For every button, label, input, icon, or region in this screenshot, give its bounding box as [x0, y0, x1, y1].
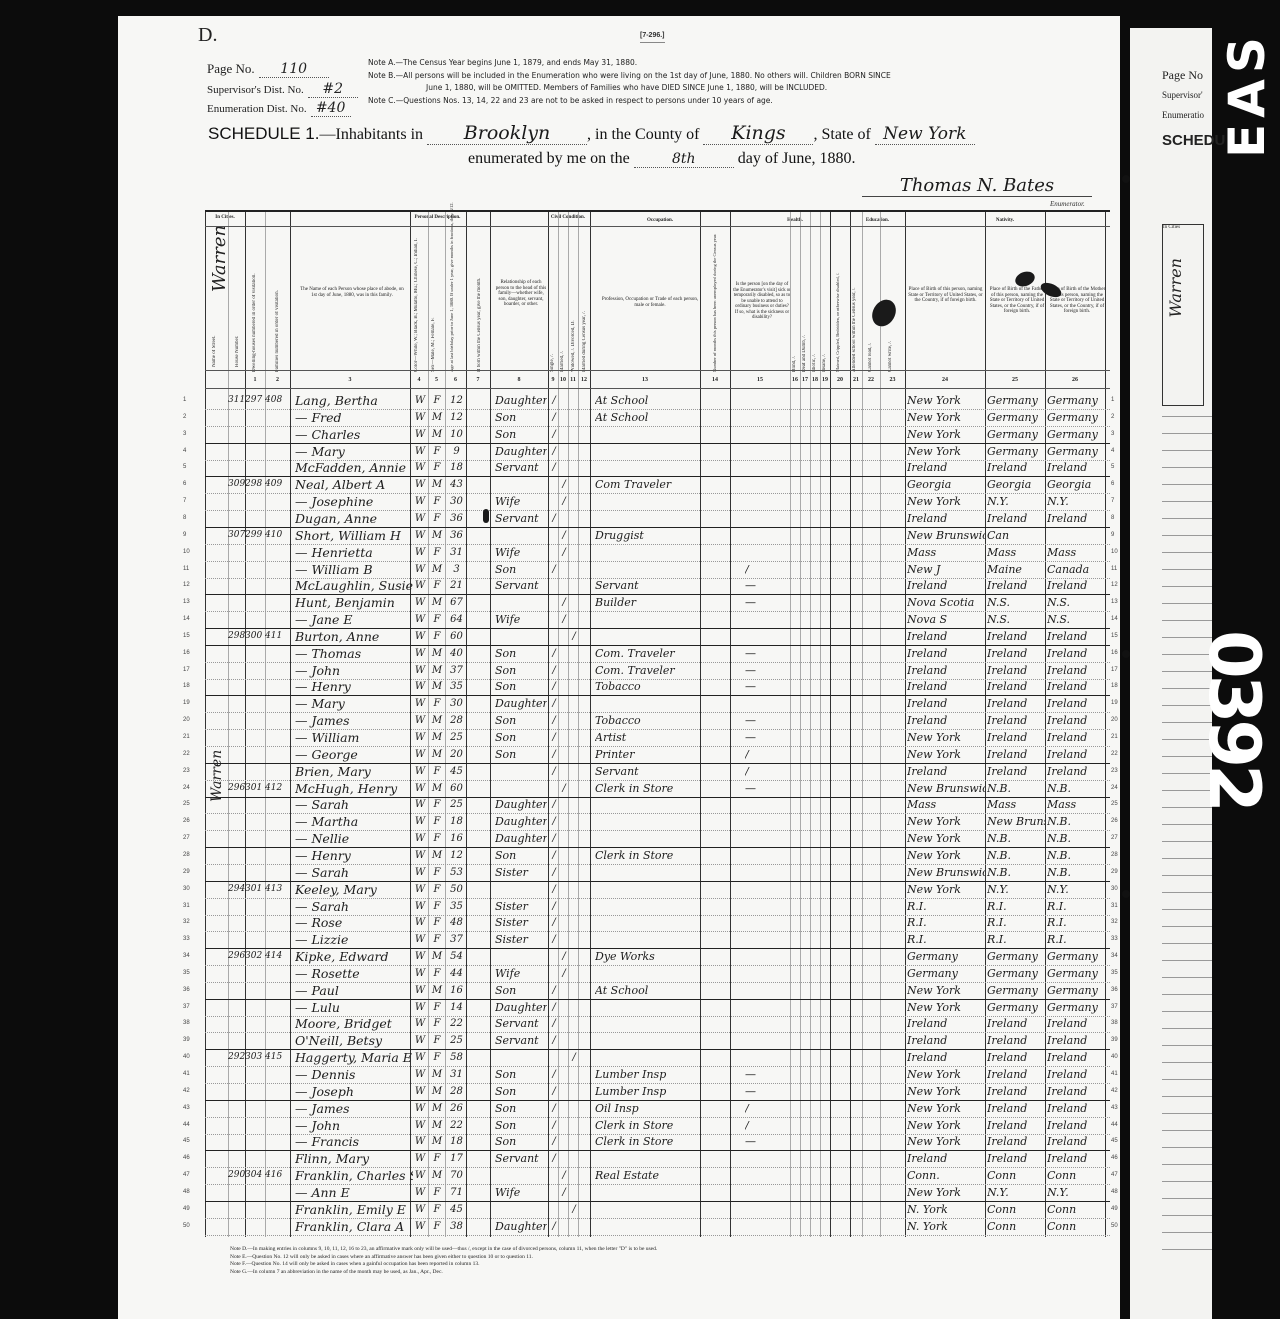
sex-cell: M	[429, 1083, 445, 1100]
row-number: 23	[1111, 768, 1118, 774]
single-cell	[550, 1049, 558, 1066]
married-cell: /	[560, 476, 568, 493]
age-cell: 21	[447, 577, 466, 594]
name-cell: — Fred	[295, 409, 413, 426]
family-number-cell	[265, 1184, 290, 1201]
mother-birthplace-cell: N.S.	[1047, 594, 1105, 611]
family-number-cell	[265, 847, 290, 864]
dwelling-number-cell	[245, 409, 265, 426]
dwelling-number-cell: 299	[245, 527, 265, 544]
color-cell: W	[412, 443, 428, 460]
married-cell	[560, 459, 568, 476]
occupation-cell: Com. Traveler	[595, 645, 699, 662]
widowed-cell	[570, 881, 578, 898]
sex-cell: F	[429, 1015, 445, 1032]
row-number: 47	[1111, 1172, 1118, 1178]
married-cell	[560, 830, 568, 847]
sex-cell: M	[429, 678, 445, 695]
color-cell: W	[412, 561, 428, 578]
relationship-cell: Son	[495, 1133, 547, 1150]
sex-cell: F	[429, 881, 445, 898]
relationship-cell: Son	[495, 409, 547, 426]
widowed-cell	[570, 1167, 578, 1184]
name-cell: Franklin, Clara A	[295, 1218, 413, 1235]
city-value: Brooklyn	[427, 122, 587, 145]
single-cell: /	[550, 1218, 558, 1235]
health-cell	[745, 695, 789, 712]
sex-cell: M	[429, 594, 445, 611]
name-cell: Keeley, Mary	[295, 881, 413, 898]
occupation-cell	[595, 898, 699, 915]
row-number: 30	[1111, 886, 1118, 892]
sex-cell: F	[429, 577, 445, 594]
single-cell: /	[550, 678, 558, 695]
age-cell: 9	[447, 443, 466, 460]
mother-birthplace-cell: Germany	[1047, 999, 1105, 1016]
father-birthplace-cell: Ireland	[987, 1150, 1045, 1167]
row-number: 3	[1111, 431, 1114, 437]
father-birthplace-cell: N.S.	[987, 594, 1045, 611]
table-row: 77— JosephineWF30Wife/New YorkN.Y.N.Y.	[205, 493, 1110, 511]
relationship-cell: Son	[495, 678, 547, 695]
widowed-cell	[570, 662, 578, 679]
column-number: 26	[1045, 377, 1105, 383]
health-cell	[745, 881, 789, 898]
married-cell	[560, 763, 568, 780]
sex-cell: F	[429, 443, 445, 460]
house-number-cell	[228, 746, 245, 763]
single-cell: /	[550, 1083, 558, 1100]
table-row: 5050Franklin, Clara AWF38Daughter/N. Yor…	[205, 1218, 1110, 1236]
name-cell: — Mary	[295, 443, 413, 460]
sex-cell: M	[429, 729, 445, 746]
mother-birthplace-cell: Ireland	[1047, 1049, 1105, 1066]
occupation-cell: Clerk in Store	[595, 780, 699, 797]
age-cell: 18	[447, 1133, 466, 1150]
color-cell: W	[412, 1150, 428, 1167]
enumerated-suffix: day of June, 1880.	[738, 150, 856, 167]
relationship-cell	[495, 594, 547, 611]
age-cell: 18	[447, 813, 466, 830]
widowed-cell	[570, 746, 578, 763]
father-birthplace-cell: Georgia	[987, 476, 1045, 493]
mother-birthplace-cell: Ireland	[1047, 510, 1105, 527]
family-number-cell	[265, 1150, 290, 1167]
mother-birthplace-cell: N.B.	[1047, 847, 1105, 864]
column-number: 15	[730, 377, 790, 383]
birthplace-cell: Ireland	[907, 712, 985, 729]
row-number: 14	[1111, 616, 1118, 622]
mother-birthplace-cell: Canada	[1047, 561, 1105, 578]
relationship-cell	[495, 1167, 547, 1184]
sex-cell: F	[429, 695, 445, 712]
married-cell: /	[560, 594, 568, 611]
occupation-cell	[595, 999, 699, 1016]
table-row: 4747290304416Franklin, Charles SWM70/Rea…	[205, 1167, 1110, 1185]
header-birth-month: If born within the Census year, give the…	[477, 232, 482, 372]
house-number-cell	[228, 931, 245, 948]
occupation-cell: Servant	[595, 763, 699, 780]
dwelling-number-cell	[245, 1117, 265, 1134]
color-cell: W	[412, 881, 428, 898]
row-number: 46	[1111, 1155, 1118, 1161]
birthplace-cell: Conn.	[907, 1167, 985, 1184]
color-cell: W	[412, 1100, 428, 1117]
dwelling-number-cell	[245, 678, 265, 695]
occupation-cell	[595, 493, 699, 510]
married-cell	[560, 881, 568, 898]
single-cell: /	[550, 392, 558, 409]
row-number: 41	[183, 1071, 190, 1077]
occupation-cell: Builder	[595, 594, 699, 611]
health-cell: /	[745, 1117, 789, 1134]
occupation-cell: Printer	[595, 746, 699, 763]
widowed-cell	[570, 1117, 578, 1134]
header-married: Married, /.	[560, 312, 565, 372]
relationship-cell: Wife	[495, 611, 547, 628]
table-row: 4242— JosephWM28Son/Lumber Insp—New York…	[205, 1083, 1110, 1101]
house-number-cell	[228, 965, 245, 982]
family-number-cell	[265, 459, 290, 476]
sex-cell: M	[429, 780, 445, 797]
header-occupation-group: Occupation.	[605, 218, 715, 224]
occupation-cell	[595, 830, 699, 847]
sex-cell: F	[429, 898, 445, 915]
mother-birthplace-cell: Ireland	[1047, 1133, 1105, 1150]
family-number-cell	[265, 965, 290, 982]
birthplace-cell: New York	[907, 1117, 985, 1134]
health-cell	[745, 999, 789, 1016]
widowed-cell: /	[570, 1049, 578, 1066]
married-cell: /	[560, 527, 568, 544]
family-number-cell: 416	[265, 1167, 290, 1184]
row-number: 44	[1111, 1122, 1118, 1128]
note-f: Note F.—Question No. 14 will only be ask…	[230, 1261, 657, 1269]
health-cell	[745, 1201, 789, 1218]
age-cell: 35	[447, 898, 466, 915]
father-birthplace-cell: Germany	[987, 426, 1045, 443]
single-cell: /	[550, 830, 558, 847]
married-cell	[560, 746, 568, 763]
widowed-cell	[570, 493, 578, 510]
married-cell: /	[560, 544, 568, 561]
widowed-cell	[570, 1032, 578, 1049]
sex-cell: F	[429, 459, 445, 476]
house-number-cell	[228, 1117, 245, 1134]
mother-birthplace-cell: Ireland	[1047, 1083, 1105, 1100]
widowed-cell	[570, 1133, 578, 1150]
married-cell	[560, 662, 568, 679]
row-number: 37	[183, 1004, 190, 1010]
color-cell: W	[412, 948, 428, 965]
row-number: 48	[183, 1189, 190, 1195]
family-number-cell	[265, 577, 290, 594]
health-cell	[745, 847, 789, 864]
married-cell	[560, 712, 568, 729]
family-number-cell	[265, 544, 290, 561]
row-number: 20	[1111, 717, 1118, 723]
family-number-cell	[265, 914, 290, 931]
schedule-heading: SCHEDULE 1.—Inhabitants in Brooklyn, in …	[208, 122, 975, 145]
married-cell	[560, 847, 568, 864]
table-row: 22— FredWM12Son/At SchoolNew YorkGermany…	[205, 409, 1110, 427]
row-number: 2	[183, 414, 186, 420]
row-number: 39	[1111, 1037, 1118, 1043]
occupation-cell	[595, 611, 699, 628]
house-number-cell	[228, 678, 245, 695]
relationship-cell: Daughter	[495, 695, 547, 712]
health-cell	[745, 796, 789, 813]
birthplace-cell: Ireland	[907, 459, 985, 476]
health-cell	[745, 898, 789, 915]
house-number-cell	[228, 1015, 245, 1032]
row-number: 43	[183, 1105, 190, 1111]
health-cell	[745, 1167, 789, 1184]
name-cell: Short, William H	[295, 527, 413, 544]
birthplace-cell: New York	[907, 830, 985, 847]
family-number-cell	[265, 813, 290, 830]
relationship-cell: Wife	[495, 493, 547, 510]
header-education-group: Education.	[850, 218, 905, 224]
age-cell: 16	[447, 982, 466, 999]
occupation-cell: At School	[595, 392, 699, 409]
house-number-cell: 298	[228, 628, 245, 645]
table-row: 1111— William BWM3Son//New JMaineCanada	[205, 561, 1110, 579]
occupation-cell	[595, 813, 699, 830]
relationship-cell	[495, 628, 547, 645]
dwelling-number-cell: 301	[245, 881, 265, 898]
relationship-cell: Daughter	[495, 796, 547, 813]
table-row: 3232— RoseWF48Sister/R.I.R.I.R.I.	[205, 914, 1110, 932]
relationship-cell: Servant	[495, 577, 547, 594]
sex-cell: M	[429, 476, 445, 493]
married-cell: /	[560, 1184, 568, 1201]
occupation-cell	[595, 1015, 699, 1032]
health-cell	[745, 1032, 789, 1049]
relationship-cell	[495, 780, 547, 797]
name-cell: — Rosette	[295, 965, 413, 982]
occupation-cell	[595, 965, 699, 982]
enumeration-district-field: Enumeration Dist. No. #40	[207, 99, 351, 117]
enumeration-district-value: #40	[311, 100, 351, 117]
family-number-cell	[265, 982, 290, 999]
occupation-cell	[595, 1184, 699, 1201]
dwelling-number-cell	[245, 443, 265, 460]
name-cell: — Charles	[295, 426, 413, 443]
age-cell: 14	[447, 999, 466, 1016]
age-cell: 71	[447, 1184, 466, 1201]
family-number-cell: 415	[265, 1049, 290, 1066]
column-number: 3	[290, 377, 410, 383]
father-birthplace-cell: Mass	[987, 796, 1045, 813]
age-cell: 38	[447, 1218, 466, 1235]
mother-birthplace-cell: Ireland	[1047, 662, 1105, 679]
row-number: 21	[1111, 734, 1118, 740]
table-row: 3737— LuluWF14Daughter/New YorkGermanyGe…	[205, 999, 1110, 1017]
color-cell: W	[412, 510, 428, 527]
occupation-cell: At School	[595, 982, 699, 999]
row-number: 29	[183, 869, 190, 875]
name-cell: — Henrietta	[295, 544, 413, 561]
mother-birthplace-cell: Ireland	[1047, 1066, 1105, 1083]
relationship-cell: Daughter	[495, 392, 547, 409]
father-birthplace-cell: Maine	[987, 561, 1045, 578]
color-cell: W	[412, 1133, 428, 1150]
father-birthplace-cell: Ireland	[987, 645, 1045, 662]
birthplace-cell: R.I.	[907, 898, 985, 915]
table-row: 2525— SarahWF25Daughter/MassMassMass	[205, 796, 1110, 814]
table-row: 33— CharlesWM10Son/New YorkGermanyGerman…	[205, 426, 1110, 444]
row-number: 20	[183, 717, 190, 723]
married-cell	[560, 1015, 568, 1032]
color-cell: W	[412, 780, 428, 797]
color-cell: W	[412, 712, 428, 729]
column-number: 10	[558, 377, 568, 383]
name-cell: — Nellie	[295, 830, 413, 847]
father-birthplace-cell: N.B.	[987, 780, 1045, 797]
row-number: 10	[1111, 549, 1118, 555]
film-stamp-letters: EAS	[1218, 0, 1280, 190]
row-number: 1	[1111, 397, 1114, 403]
row-number: 28	[1111, 852, 1118, 858]
header-name: The Name of each Person whose place of a…	[297, 287, 407, 298]
health-cell	[745, 914, 789, 931]
married-cell	[560, 931, 568, 948]
occupation-cell	[595, 1218, 699, 1235]
birthplace-cell: Germany	[907, 965, 985, 982]
single-cell: /	[550, 645, 558, 662]
health-cell: —	[745, 594, 789, 611]
widowed-cell	[570, 409, 578, 426]
row-number: 24	[183, 785, 190, 791]
widowed-cell	[570, 830, 578, 847]
single-cell: /	[550, 881, 558, 898]
age-cell: 45	[447, 1201, 466, 1218]
table-row: 1616— ThomasWM40Son/Com. Traveler—Irelan…	[205, 645, 1110, 663]
name-cell: — Francis	[295, 1133, 413, 1150]
house-number-cell	[228, 796, 245, 813]
married-cell	[560, 409, 568, 426]
color-cell: W	[412, 763, 428, 780]
color-cell: W	[412, 1218, 428, 1235]
birthplace-cell: R.I.	[907, 914, 985, 931]
age-cell: 17	[447, 1150, 466, 1167]
row-number: 29	[1111, 869, 1118, 875]
occupation-cell: Clerk in Store	[595, 1117, 699, 1134]
mother-birthplace-cell: N.B.	[1047, 813, 1105, 830]
note-a: Note A.—The Census Year begins June 1, 1…	[368, 57, 1108, 70]
father-birthplace-cell: Ireland	[987, 510, 1045, 527]
color-cell: W	[412, 1032, 428, 1049]
single-cell: /	[550, 443, 558, 460]
father-birthplace-cell: N.B.	[987, 864, 1045, 881]
health-cell: /	[745, 561, 789, 578]
row-number: 11	[1111, 566, 1117, 572]
father-birthplace-cell: Ireland	[987, 1083, 1045, 1100]
family-number-cell	[265, 1218, 290, 1235]
house-number-cell	[228, 1218, 245, 1235]
name-cell: McLaughlin, Susie	[295, 577, 413, 594]
single-cell	[550, 527, 558, 544]
house-number-cell	[228, 1083, 245, 1100]
name-cell: — Henry	[295, 678, 413, 695]
health-cell: —	[745, 1066, 789, 1083]
relationship-cell: Sister	[495, 931, 547, 948]
father-birthplace-cell: Can	[987, 527, 1045, 544]
age-cell: 50	[447, 881, 466, 898]
house-number-cell	[228, 577, 245, 594]
single-cell: /	[550, 1117, 558, 1134]
family-number-cell	[265, 830, 290, 847]
family-number-cell	[265, 796, 290, 813]
mother-birthplace-cell: R.I.	[1047, 931, 1105, 948]
occupation-cell: Clerk in Store	[595, 1133, 699, 1150]
table-row: 99307299410Short, William HWM36/Druggist…	[205, 527, 1110, 545]
sex-cell: M	[429, 662, 445, 679]
row-number: 46	[183, 1155, 190, 1161]
house-number-cell	[228, 611, 245, 628]
dwelling-number-cell	[245, 1032, 265, 1049]
adjacent-in-cities: In Cities	[1163, 225, 1180, 230]
married-cell	[560, 1100, 568, 1117]
color-cell: W	[412, 459, 428, 476]
married-cell: /	[560, 780, 568, 797]
married-cell	[560, 577, 568, 594]
widowed-cell	[570, 1184, 578, 1201]
age-cell: 12	[447, 392, 466, 409]
supervisor-district-field: Supervisor's Dist. No. #2	[207, 80, 358, 98]
married-cell: /	[560, 965, 568, 982]
dwelling-number-cell	[245, 695, 265, 712]
father-birthplace-cell: N.Y.	[987, 881, 1045, 898]
column-number: 13	[590, 377, 700, 383]
widowed-cell	[570, 931, 578, 948]
occupation-cell	[595, 426, 699, 443]
age-cell: 64	[447, 611, 466, 628]
header-house-number: House Number.	[235, 292, 240, 367]
color-cell: W	[412, 1117, 428, 1134]
sex-cell: F	[429, 965, 445, 982]
widowed-cell	[570, 594, 578, 611]
color-cell: W	[412, 628, 428, 645]
relationship-cell: Daughter	[495, 830, 547, 847]
mother-birthplace-cell: N.Y.	[1047, 1184, 1105, 1201]
family-number-cell	[265, 695, 290, 712]
single-cell	[550, 577, 558, 594]
column-number: 17	[800, 377, 810, 383]
table-row: 2424296301412McHugh, HenryWM60/Clerk in …	[205, 780, 1110, 798]
birthplace-cell: Ireland	[907, 678, 985, 695]
family-number-cell	[265, 746, 290, 763]
dwelling-number-cell	[245, 931, 265, 948]
single-cell: /	[550, 729, 558, 746]
health-cell: —	[745, 712, 789, 729]
occupation-cell: Druggist	[595, 527, 699, 544]
birthplace-cell: New Brunswick	[907, 527, 985, 544]
row-number: 40	[183, 1054, 190, 1060]
birthplace-cell: Ireland	[907, 1015, 985, 1032]
father-birthplace-cell: Germany	[987, 982, 1045, 999]
row-number: 7	[1111, 498, 1114, 504]
relationship-cell	[495, 763, 547, 780]
name-cell: Kipke, Edward	[295, 948, 413, 965]
mother-birthplace-cell: Mass	[1047, 544, 1105, 561]
dwelling-number-cell	[245, 611, 265, 628]
row-number: 16	[183, 650, 190, 656]
dwelling-number-cell	[245, 1184, 265, 1201]
table-row: 4343— JamesWM26Son/Oil Insp/New YorkIrel…	[205, 1100, 1110, 1118]
family-number-cell: 411	[265, 628, 290, 645]
